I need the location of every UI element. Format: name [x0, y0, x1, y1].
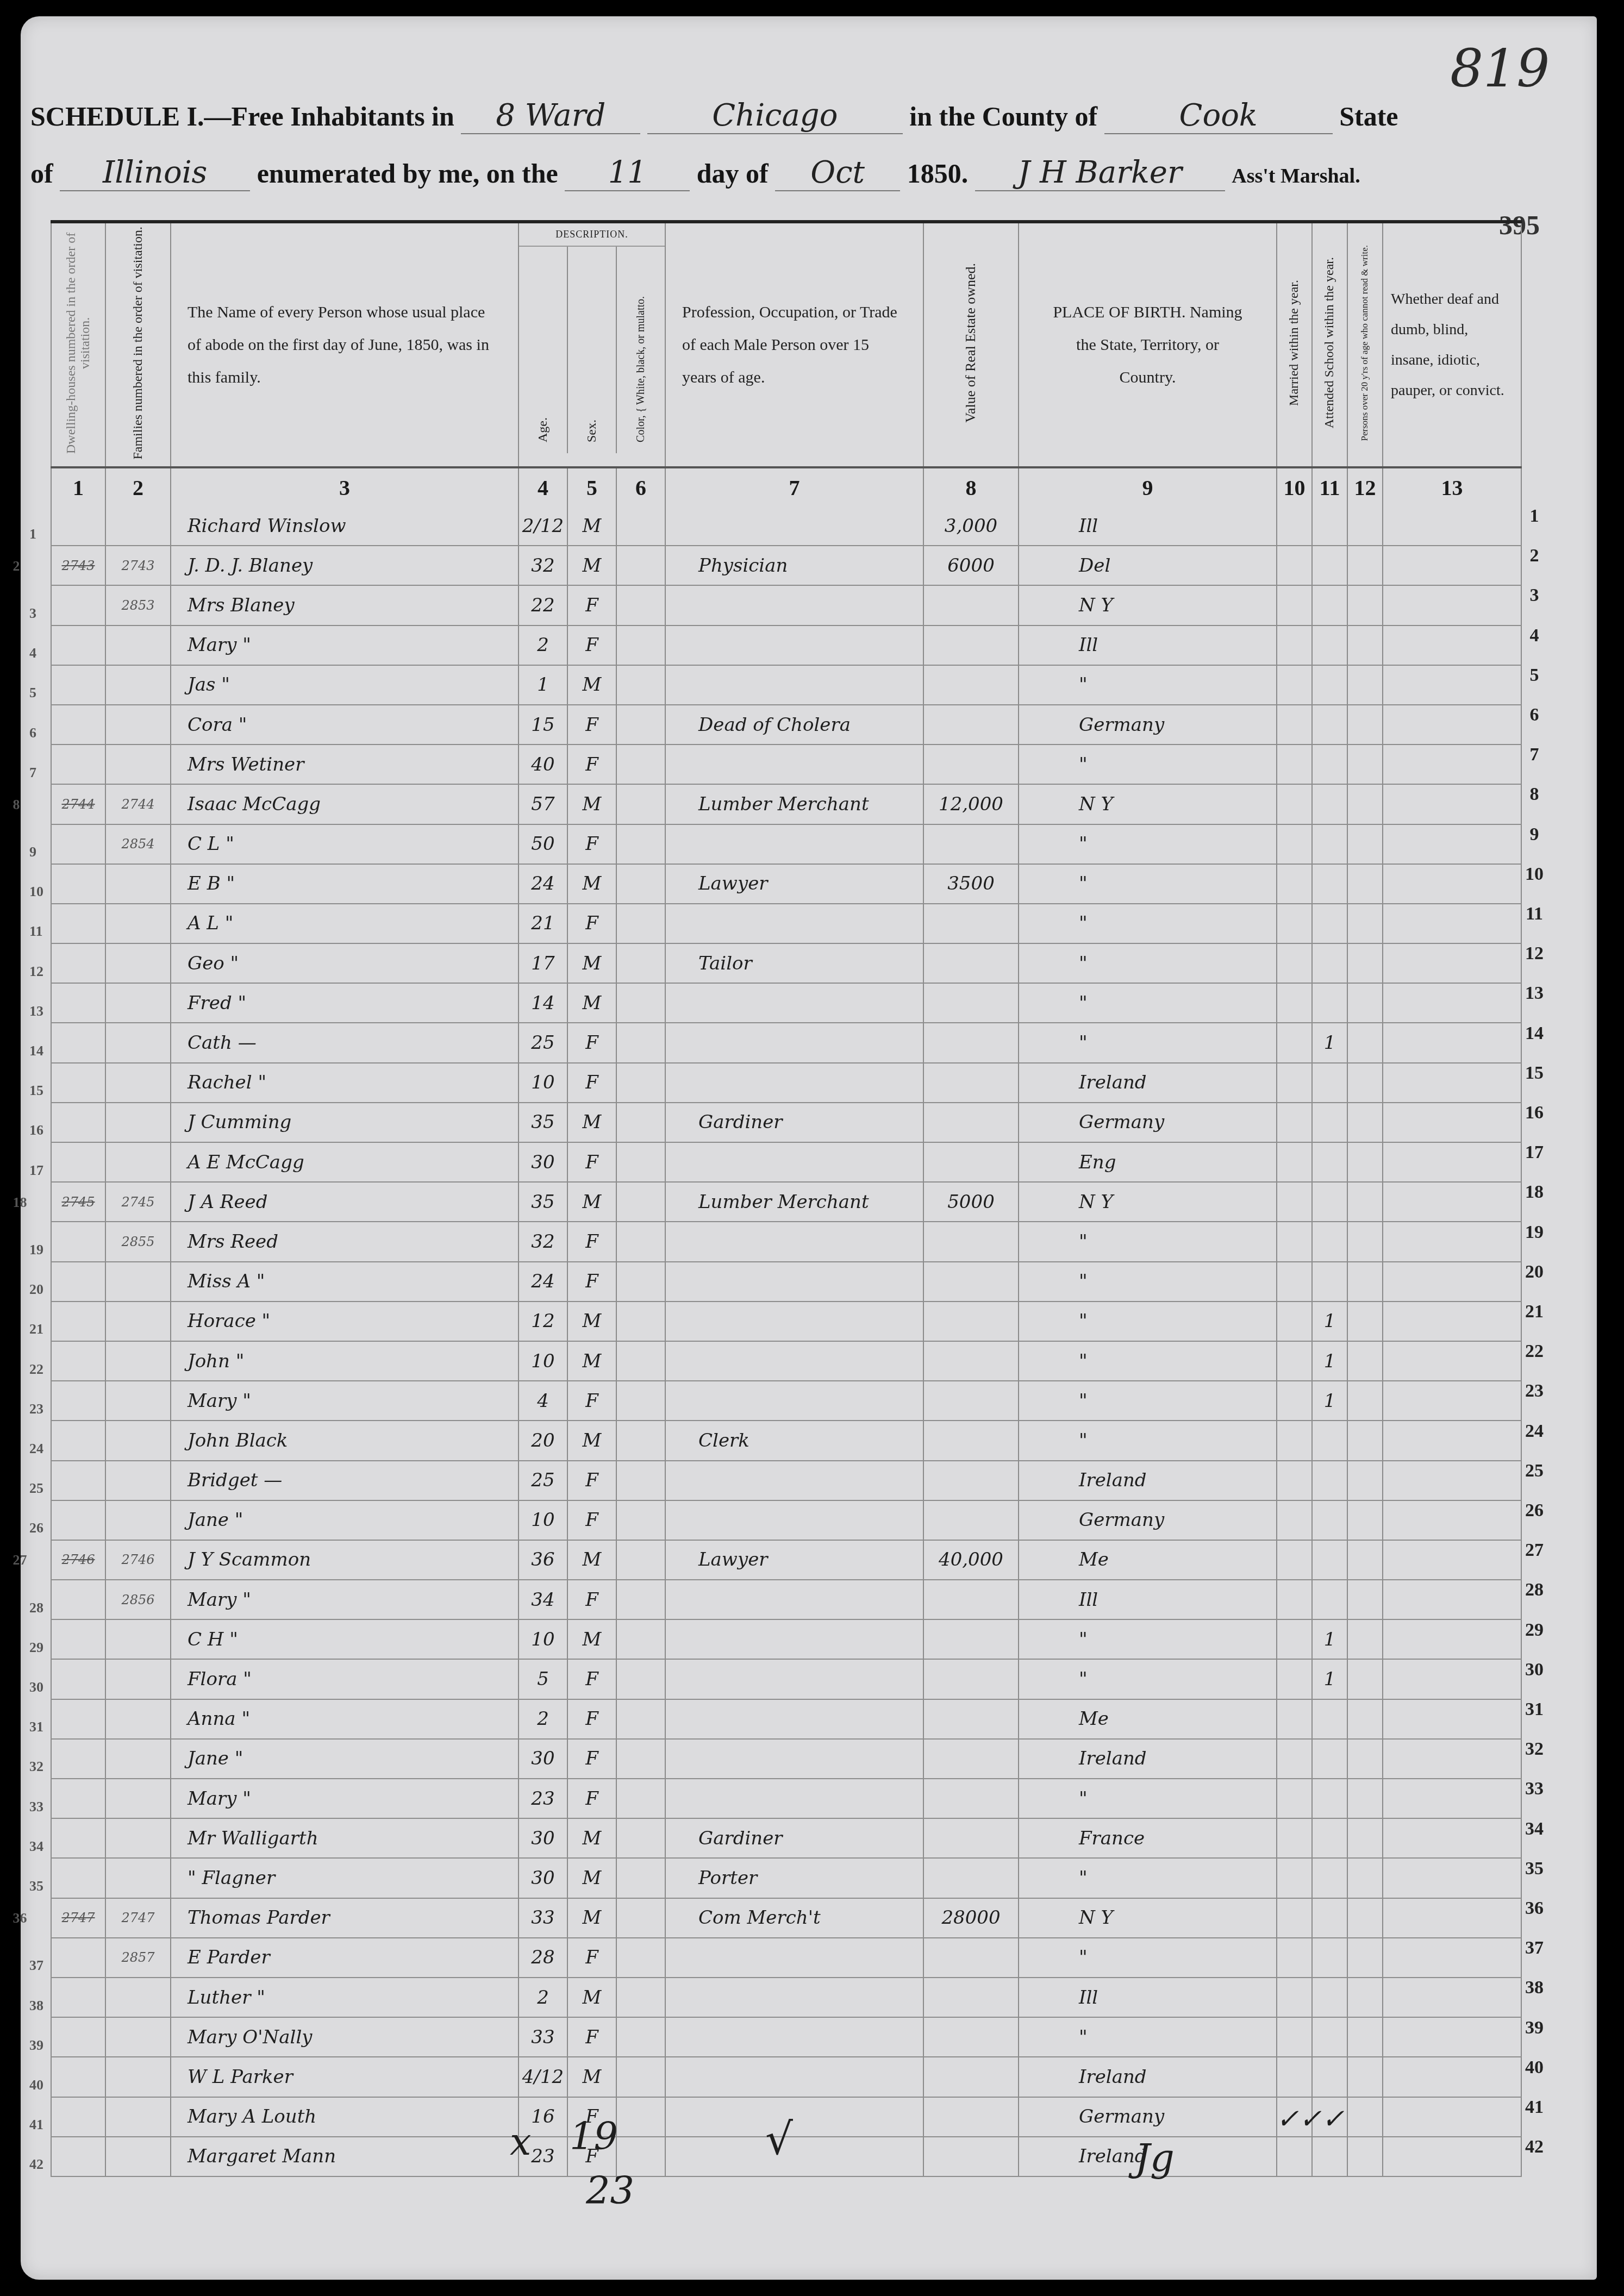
person-name: Mr Walligarth — [171, 1818, 519, 1858]
line-number-right: 33 — [1518, 1779, 1551, 1799]
condition — [1383, 943, 1521, 983]
cannot-read-write — [1347, 1580, 1383, 1619]
occupation: Lawyer — [665, 1540, 923, 1580]
birthplace: Me — [1019, 1540, 1277, 1580]
sex: M — [567, 1818, 616, 1858]
cannot-read-write — [1347, 1421, 1383, 1460]
condition — [1383, 2057, 1521, 2097]
cannot-read-write — [1347, 1779, 1383, 1818]
real-estate-value — [923, 705, 1019, 745]
condition — [1383, 1818, 1521, 1858]
line-number-right: 2 — [1518, 546, 1551, 566]
sex: M — [567, 1898, 616, 1938]
dwelling-value: 2746 — [61, 1552, 95, 1567]
header-age: Age. — [519, 247, 568, 453]
occupation: Lumber Merchant — [665, 1182, 923, 1222]
birthplace: Ill — [1019, 625, 1277, 665]
cannot-read-write — [1347, 1938, 1383, 1978]
person-name: Mrs Blaney — [171, 585, 519, 625]
family-number — [105, 983, 171, 1023]
attended-school — [1312, 2137, 1347, 2176]
dwelling-number: 37 — [51, 1938, 105, 1978]
census-table: Dwelling-houses numbered in the order of… — [51, 220, 1522, 2177]
married-within-year — [1277, 1023, 1312, 1062]
person-name: Cath — — [171, 1023, 519, 1062]
person-name: Mary " — [171, 1580, 519, 1619]
condition — [1383, 1779, 1521, 1818]
dwelling-number: 5 — [51, 665, 105, 705]
cannot-read-write — [1347, 665, 1383, 705]
occupation — [665, 1938, 923, 1978]
family-number: 2746 — [105, 1540, 171, 1580]
cannot-read-write — [1347, 1341, 1383, 1381]
header-school: Attended School within the year. — [1312, 222, 1347, 467]
sex: M — [567, 1619, 616, 1659]
occupation — [665, 1580, 923, 1619]
condition — [1383, 585, 1521, 625]
dwelling-value: 2745 — [61, 1194, 95, 1210]
age: 30 — [519, 1739, 567, 1779]
age: 22 — [519, 585, 567, 625]
census-row: 6Cora "15FDead of CholeraGermany — [51, 705, 1521, 745]
age: 25 — [519, 1023, 567, 1062]
condition — [1383, 1063, 1521, 1103]
cannot-read-write — [1347, 585, 1383, 625]
tally-x: x — [510, 2119, 531, 2164]
person-name: E B " — [171, 864, 519, 904]
county-label: in the County of — [909, 101, 1097, 132]
condition — [1383, 1858, 1521, 1898]
dwelling-number: 17 — [51, 1142, 105, 1182]
attended-school — [1312, 546, 1347, 585]
color — [616, 1818, 665, 1858]
census-row: 21Horace "12M"1 — [51, 1302, 1521, 1341]
dwelling-number: 22 — [51, 1341, 105, 1381]
census-row: 5Jas "1M" — [51, 665, 1521, 705]
dwelling-number: 32 — [51, 1739, 105, 1779]
header-real-estate: Value of Real Estate owned. — [923, 222, 1019, 467]
condition — [1383, 2097, 1521, 2137]
census-row: 23Mary "4F"1 — [51, 1381, 1521, 1421]
real-estate-value — [923, 1302, 1019, 1341]
person-name: Luther " — [171, 1978, 519, 2017]
occupation — [665, 1341, 923, 1381]
family-number — [105, 2057, 171, 2097]
occupation: Gardiner — [665, 1818, 923, 1858]
birthplace: N Y — [1019, 1182, 1277, 1222]
line-number-right: 25 — [1518, 1461, 1551, 1481]
cannot-read-write — [1347, 1818, 1383, 1858]
line-number-right: 34 — [1518, 1819, 1551, 1840]
married-within-year — [1277, 1103, 1312, 1142]
line-number-right: 5 — [1518, 665, 1551, 686]
occupation — [665, 983, 923, 1023]
real-estate-value — [923, 1739, 1019, 1779]
family-number — [105, 904, 171, 943]
line-number-right: 29 — [1518, 1620, 1551, 1641]
cannot-read-write — [1347, 1500, 1383, 1540]
birthplace: " — [1019, 745, 1277, 784]
married-within-year — [1277, 904, 1312, 943]
line-number-right: 13 — [1518, 983, 1551, 1004]
real-estate-value — [923, 625, 1019, 665]
age: 24 — [519, 1262, 567, 1302]
dwelling-number: 272746 — [51, 1540, 105, 1580]
person-name: J Y Scammon — [171, 1540, 519, 1580]
attended-school — [1312, 1500, 1347, 1540]
schedule-header-line-1: SCHEDULE I.—Free Inhabitants in 8 Ward C… — [30, 98, 1398, 134]
family-number — [105, 2137, 171, 2176]
occupation — [665, 1978, 923, 2017]
married-within-year — [1277, 1938, 1312, 1978]
dwelling-number: 182745 — [51, 1182, 105, 1222]
person-name: John " — [171, 1341, 519, 1381]
age: 12 — [519, 1302, 567, 1341]
attended-school: 1 — [1312, 1023, 1347, 1062]
birthplace: " — [1019, 1381, 1277, 1421]
real-estate-value — [923, 1461, 1019, 1500]
married-within-year — [1277, 1978, 1312, 2017]
family-number — [105, 745, 171, 784]
header-color: Color, { White, black, or mulatto. — [617, 247, 665, 453]
sex: F — [567, 745, 616, 784]
occupation — [665, 1500, 923, 1540]
line-number-right: 40 — [1518, 2057, 1551, 2078]
attended-school — [1312, 904, 1347, 943]
year-label: 1850. — [907, 158, 969, 189]
line-number-right: 22 — [1518, 1341, 1551, 1362]
married-within-year — [1277, 864, 1312, 904]
attended-school — [1312, 745, 1347, 784]
married-within-year — [1277, 506, 1312, 546]
attended-school — [1312, 1142, 1347, 1182]
attended-school — [1312, 1580, 1347, 1619]
dwelling-number: 15 — [51, 1063, 105, 1103]
condition — [1383, 983, 1521, 1023]
cannot-read-write — [1347, 983, 1383, 1023]
occupation — [665, 1222, 923, 1261]
census-sheet: SCHEDULE I.—Free Inhabitants in 8 Ward C… — [21, 16, 1597, 2280]
family-number — [105, 1779, 171, 1818]
sex: M — [567, 943, 616, 983]
birthplace: N Y — [1019, 1898, 1277, 1938]
cannot-read-write — [1347, 1381, 1383, 1421]
dwelling-number: 26 — [51, 1500, 105, 1540]
real-estate-value — [923, 1580, 1019, 1619]
cannot-read-write — [1347, 1182, 1383, 1222]
line-number-right: 10 — [1518, 864, 1551, 885]
married-within-year — [1277, 705, 1312, 745]
line-number-right: 35 — [1518, 1859, 1551, 1879]
birthplace: Germany — [1019, 1500, 1277, 1540]
attended-school — [1312, 1182, 1347, 1222]
married-within-year — [1277, 745, 1312, 784]
person-name: Mary " — [171, 625, 519, 665]
person-name: Geo " — [171, 943, 519, 983]
real-estate-value — [923, 1262, 1019, 1302]
attended-school — [1312, 506, 1347, 546]
marshal-signature: J H Barker — [975, 155, 1225, 191]
birthplace: N Y — [1019, 784, 1277, 824]
age: 25 — [519, 1461, 567, 1500]
age: 2 — [519, 1699, 567, 1739]
person-name: Cora " — [171, 705, 519, 745]
real-estate-value — [923, 1341, 1019, 1381]
dwelling-number: 362747 — [51, 1898, 105, 1938]
condition — [1383, 1938, 1521, 1978]
age: 36 — [519, 1540, 567, 1580]
condition — [1383, 1619, 1521, 1659]
family-number — [105, 1461, 171, 1500]
real-estate-value — [923, 2137, 1019, 2176]
sex: M — [567, 983, 616, 1023]
condition — [1383, 1182, 1521, 1222]
real-estate-value: 6000 — [923, 546, 1019, 585]
sex: M — [567, 1540, 616, 1580]
family-number — [105, 1262, 171, 1302]
age: 2 — [519, 625, 567, 665]
column-headers: Dwelling-houses numbered in the order of… — [51, 222, 1521, 467]
real-estate-value — [923, 1699, 1019, 1739]
dwelling-number: 31 — [51, 1699, 105, 1739]
color — [616, 784, 665, 824]
cannot-read-write — [1347, 784, 1383, 824]
family-number — [105, 1739, 171, 1779]
color — [616, 506, 665, 546]
dwelling-value: 2744 — [61, 797, 95, 812]
person-name: J Cumming — [171, 1103, 519, 1142]
county-field: Cook — [1104, 98, 1333, 134]
color — [616, 2057, 665, 2097]
real-estate-value: 5000 — [923, 1182, 1019, 1222]
dwelling-number: 7 — [51, 745, 105, 784]
real-estate-value — [923, 1938, 1019, 1978]
age: 32 — [519, 1222, 567, 1261]
attended-school — [1312, 1103, 1347, 1142]
color — [616, 585, 665, 625]
occupation: Lumber Merchant — [665, 784, 923, 824]
birthplace: N Y — [1019, 585, 1277, 625]
census-row: 17A E McCagg30FEng — [51, 1142, 1521, 1182]
age: 30 — [519, 1818, 567, 1858]
census-row: 16J Cumming35MGardinerGermany — [51, 1103, 1521, 1142]
dwelling-number: 11 — [51, 904, 105, 943]
condition — [1383, 1222, 1521, 1261]
real-estate-value — [923, 824, 1019, 864]
check-mark: √ — [765, 2114, 793, 2164]
cannot-read-write — [1347, 546, 1383, 585]
dwelling-number: 4 — [51, 625, 105, 665]
cannot-read-write — [1347, 1659, 1383, 1699]
real-estate-value — [923, 2097, 1019, 2137]
condition — [1383, 1262, 1521, 1302]
married-within-year — [1277, 1063, 1312, 1103]
occupation — [665, 1659, 923, 1699]
birthplace: " — [1019, 1779, 1277, 1818]
condition — [1383, 1461, 1521, 1500]
census-row: 4Mary "2FIll — [51, 625, 1521, 665]
color — [616, 1302, 665, 1341]
person-name: John Black — [171, 1421, 519, 1460]
condition — [1383, 784, 1521, 824]
tally-19: 19 — [570, 2114, 618, 2159]
day-of-label: day of — [697, 158, 769, 189]
birthplace: " — [1019, 1659, 1277, 1699]
age: 17 — [519, 943, 567, 983]
sex: M — [567, 784, 616, 824]
dwelling-number: 29 — [51, 1619, 105, 1659]
cannot-read-write — [1347, 1222, 1383, 1261]
cannot-read-write — [1347, 1461, 1383, 1500]
occupation — [665, 745, 923, 784]
married-within-year — [1277, 665, 1312, 705]
condition — [1383, 1699, 1521, 1739]
family-number — [105, 1023, 171, 1062]
census-row: 12Geo "17MTailor" — [51, 943, 1521, 983]
attended-school: 1 — [1312, 1381, 1347, 1421]
census-row: 92854C L "50F" — [51, 824, 1521, 864]
person-name: Richard Winslow — [171, 506, 519, 546]
occupation — [665, 2137, 923, 2176]
cannot-read-write — [1347, 2137, 1383, 2176]
married-within-year — [1277, 1461, 1312, 1500]
dwelling-number: 30 — [51, 1659, 105, 1699]
census-row: 14Cath —25F"1 — [51, 1023, 1521, 1062]
attended-school — [1312, 824, 1347, 864]
line-number-right: 19 — [1518, 1222, 1551, 1243]
real-estate-value — [923, 585, 1019, 625]
condition — [1383, 546, 1521, 585]
condition — [1383, 1023, 1521, 1062]
sex: M — [567, 1421, 616, 1460]
census-row: 1827452745J A Reed35MLumber Merchant5000… — [51, 1182, 1521, 1222]
family-number — [105, 2097, 171, 2137]
line-number-right: 41 — [1518, 2097, 1551, 2118]
color — [616, 1540, 665, 1580]
person-name: J. D. J. Blaney — [171, 546, 519, 585]
birthplace: Me — [1019, 1699, 1277, 1739]
header-occupation: Profession, Occupation, or Trade of each… — [665, 222, 923, 467]
family-number — [105, 1302, 171, 1341]
line-number-right: 36 — [1518, 1898, 1551, 1919]
real-estate-value — [923, 1619, 1019, 1659]
sex: F — [567, 1023, 616, 1062]
dwelling-number: 33 — [51, 1779, 105, 1818]
family-number: 2745 — [105, 1182, 171, 1222]
color — [616, 1619, 665, 1659]
color — [616, 1421, 665, 1460]
family-number — [105, 1978, 171, 2017]
person-name: C L " — [171, 824, 519, 864]
line-number-right: 7 — [1518, 745, 1551, 765]
real-estate-value — [923, 983, 1019, 1023]
person-name: Rachel " — [171, 1063, 519, 1103]
line-number-right: 14 — [1518, 1023, 1551, 1044]
cannot-read-write — [1347, 506, 1383, 546]
attended-school: 1 — [1312, 1302, 1347, 1341]
condition — [1383, 1341, 1521, 1381]
line-number-right: 28 — [1518, 1580, 1551, 1600]
birthplace: France — [1019, 1818, 1277, 1858]
census-row: 40W L Parker4/12MIreland — [51, 2057, 1521, 2097]
person-name: W L Parker — [171, 2057, 519, 2097]
occupation: Physician — [665, 546, 923, 585]
line-number-right: 26 — [1518, 1500, 1551, 1521]
married-within-year — [1277, 1222, 1312, 1261]
person-name: A L " — [171, 904, 519, 943]
sex: F — [567, 1739, 616, 1779]
real-estate-value — [923, 1063, 1019, 1103]
sex: M — [567, 1858, 616, 1898]
age: 33 — [519, 2017, 567, 2057]
age: 10 — [519, 1063, 567, 1103]
census-row: 38Luther "2MIll — [51, 1978, 1521, 2017]
birthplace: " — [1019, 2017, 1277, 2057]
occupation — [665, 1142, 923, 1182]
cannot-read-write — [1347, 1302, 1383, 1341]
dwelling-number: 16 — [51, 1103, 105, 1142]
line-number-right: 20 — [1518, 1262, 1551, 1282]
attended-school — [1312, 784, 1347, 824]
cannot-read-write — [1347, 2097, 1383, 2137]
person-name: Anna " — [171, 1699, 519, 1739]
birthplace: Eng — [1019, 1142, 1277, 1182]
dwelling-number: 23 — [51, 1381, 105, 1421]
age: 50 — [519, 824, 567, 864]
attended-school — [1312, 1739, 1347, 1779]
sex: F — [567, 1222, 616, 1261]
real-estate-value — [923, 1818, 1019, 1858]
condition — [1383, 1421, 1521, 1460]
family-number: 2747 — [105, 1898, 171, 1938]
occupation: Tailor — [665, 943, 923, 983]
line-number-right: 15 — [1518, 1063, 1551, 1084]
age: 30 — [519, 1858, 567, 1898]
attended-school — [1312, 1938, 1347, 1978]
census-row: 20Miss A "24F" — [51, 1262, 1521, 1302]
family-number — [105, 2017, 171, 2057]
dwelling-number: 34 — [51, 1818, 105, 1858]
married-within-year — [1277, 1421, 1312, 1460]
sex: M — [567, 546, 616, 585]
family-number — [105, 864, 171, 904]
dwelling-number: 24 — [51, 1421, 105, 1460]
sex: F — [567, 1461, 616, 1500]
dwelling-number: 20 — [51, 1262, 105, 1302]
color — [616, 1580, 665, 1619]
married-within-year — [1277, 625, 1312, 665]
age: 32 — [519, 546, 567, 585]
age: 57 — [519, 784, 567, 824]
family-number — [105, 665, 171, 705]
attended-school — [1312, 1818, 1347, 1858]
person-name: Thomas Parder — [171, 1898, 519, 1938]
married-within-year — [1277, 585, 1312, 625]
line-number-right: 3 — [1518, 585, 1551, 606]
attended-school — [1312, 1978, 1347, 2017]
cannot-read-write — [1347, 1739, 1383, 1779]
age: 1 — [519, 665, 567, 705]
line-number-right: 16 — [1518, 1103, 1551, 1123]
real-estate-value — [923, 1103, 1019, 1142]
cannot-read-write — [1347, 1898, 1383, 1938]
occupation — [665, 1699, 923, 1739]
sex: M — [567, 665, 616, 705]
line-number-right: 11 — [1518, 904, 1551, 924]
birthplace: " — [1019, 943, 1277, 983]
dwelling-number: 12 — [51, 943, 105, 983]
color — [616, 1659, 665, 1699]
